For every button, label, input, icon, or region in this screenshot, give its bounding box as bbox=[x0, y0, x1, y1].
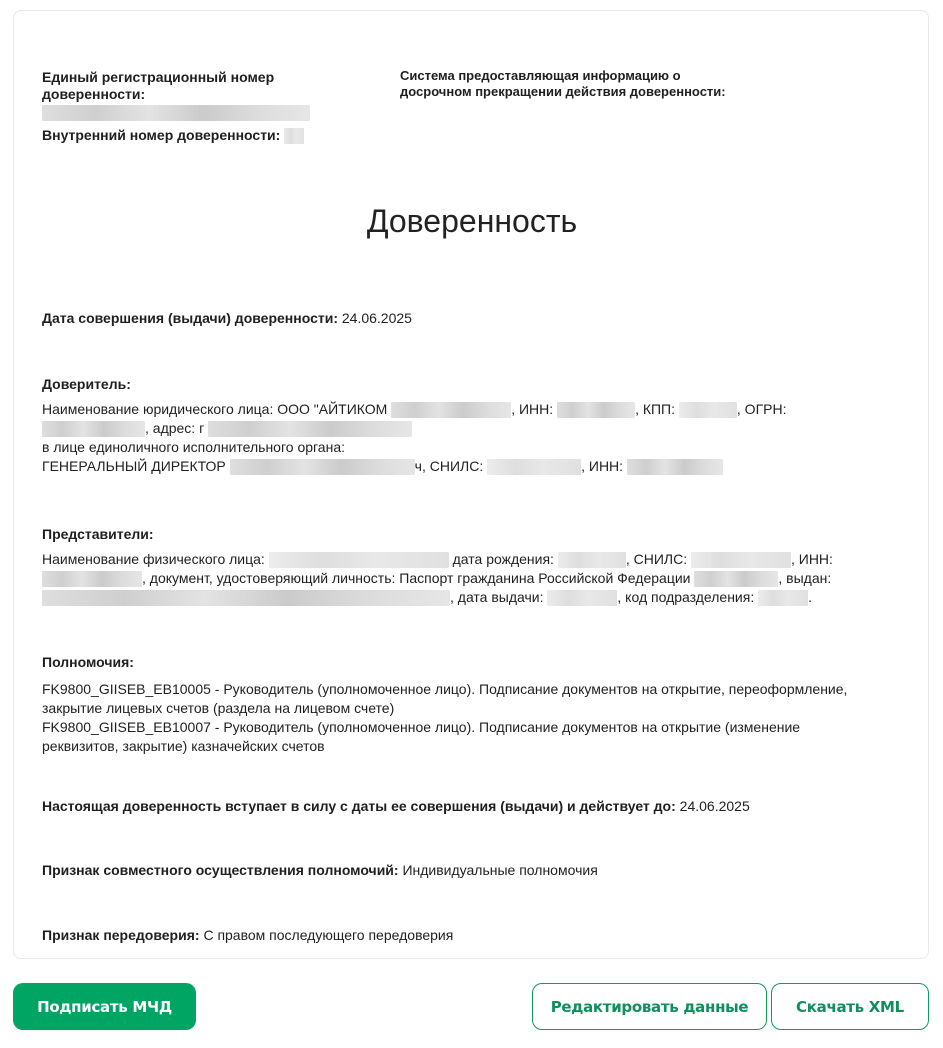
representatives-section: Представители: Наименование физического … bbox=[42, 525, 902, 607]
reg-number-label: Единый регистрационный номер доверенност… bbox=[42, 69, 342, 103]
person-name-redacted bbox=[269, 552, 449, 568]
joint-powers-label: Признак совместного осуществления полном… bbox=[42, 862, 399, 878]
person-name-label: Наименование физического лица: bbox=[42, 551, 265, 567]
org-name-redacted bbox=[391, 402, 511, 418]
division-code-label: , код подразделения: bbox=[617, 589, 754, 605]
registration-info: Единый регистрационный номер доверенност… bbox=[42, 69, 342, 144]
issued-by-redacted bbox=[42, 590, 450, 606]
redelegation-row: Признак передоверия: С правом последующе… bbox=[42, 926, 902, 945]
redelegation-value: С правом последующего передоверия bbox=[203, 927, 453, 943]
org-kpp-redacted bbox=[679, 402, 737, 418]
person-snils-label: , СНИЛС: bbox=[626, 551, 687, 567]
person-inn-label: , ИНН: bbox=[791, 551, 833, 567]
powers-title: Полномочия: bbox=[42, 653, 902, 672]
download-xml-button[interactable]: Скачать XML bbox=[771, 983, 929, 1030]
principal-section: Доверитель: Наименование юридического ли… bbox=[42, 375, 902, 476]
passport-date-redacted bbox=[547, 590, 617, 606]
director-label: ГЕНЕРАЛЬНЫЙ ДИРЕКТОР bbox=[42, 458, 226, 474]
power-item: FK9800_GIISEB_EB10005 - Руководитель (уп… bbox=[42, 680, 872, 718]
joint-powers-row: Признак совместного осуществления полном… bbox=[42, 861, 902, 880]
director-name-redacted bbox=[230, 459, 415, 475]
principal-body: Наименование юридического лица: ООО "АЙТ… bbox=[42, 400, 902, 476]
powers-list: FK9800_GIISEB_EB10005 - Руководитель (уп… bbox=[42, 680, 872, 756]
passport-number-redacted bbox=[694, 571, 778, 587]
sign-mchd-button[interactable]: Подписать МЧД bbox=[13, 983, 196, 1030]
inner-number-redacted bbox=[284, 128, 304, 144]
inner-number-row: Внутренний номер доверенности: bbox=[42, 127, 342, 144]
issued-by-label: , выдан: bbox=[778, 570, 831, 586]
identity-document-text: , документ, удостоверяющий личность: Пас… bbox=[142, 570, 690, 586]
org-inn-label: , ИНН: bbox=[511, 401, 553, 417]
director-inn-redacted bbox=[627, 459, 723, 475]
page-title: Доверенность bbox=[42, 201, 902, 241]
inner-number-label: Внутренний номер доверенности: bbox=[42, 127, 280, 143]
validity-row: Настоящая доверенность вступает в силу с… bbox=[42, 797, 902, 816]
reg-number-redacted bbox=[42, 105, 310, 121]
birth-date-redacted bbox=[558, 552, 626, 568]
document-card: Единый регистрационный номер доверенност… bbox=[13, 10, 929, 959]
issue-date-value: 24.06.2025 bbox=[342, 310, 412, 326]
person-inn-redacted bbox=[42, 571, 142, 587]
validity-label: Настоящая доверенность вступает в силу с… bbox=[42, 798, 676, 814]
representatives-title: Представители: bbox=[42, 525, 902, 544]
org-kpp-label: , КПП: bbox=[635, 401, 675, 417]
address-redacted bbox=[208, 421, 412, 437]
redelegation-label: Признак передоверия: bbox=[42, 927, 200, 943]
birth-date-label: дата рождения: bbox=[453, 551, 554, 567]
validity-date: 24.06.2025 bbox=[680, 798, 750, 814]
org-inn-redacted bbox=[557, 402, 635, 418]
org-name-label: Наименование юридического лица: bbox=[42, 401, 273, 417]
edit-data-button[interactable]: Редактировать данные bbox=[532, 983, 767, 1030]
org-name-value: ООО "АЙТИКОМ bbox=[277, 401, 387, 417]
issue-date-label: Дата совершения (выдачи) доверенности: bbox=[42, 310, 338, 326]
org-ogrn-redacted bbox=[42, 421, 145, 437]
director-snils-label: ч, СНИЛС: bbox=[415, 458, 484, 474]
executive-line: в лице единоличного исполнительного орга… bbox=[42, 439, 345, 455]
director-snils-redacted bbox=[487, 459, 581, 475]
passport-date-label: , дата выдачи: bbox=[450, 589, 544, 605]
power-item: FK9800_GIISEB_EB10007 - Руководитель (уп… bbox=[42, 718, 872, 756]
powers-section: Полномочия: FK9800_GIISEB_EB10005 - Руко… bbox=[42, 653, 902, 756]
sentence-end: . bbox=[808, 589, 812, 605]
joint-powers-value: Индивидуальные полномочия bbox=[402, 862, 597, 878]
org-ogrn-label: , ОГРН: bbox=[737, 401, 787, 417]
director-inn-label: , ИНН: bbox=[581, 458, 623, 474]
principal-title: Доверитель: bbox=[42, 375, 902, 394]
revocation-system-label: Система предоставляющая информацию о дос… bbox=[400, 68, 740, 100]
representatives-body: Наименование физического лица: дата рожд… bbox=[42, 550, 902, 607]
issue-date-row: Дата совершения (выдачи) доверенности: 2… bbox=[42, 309, 902, 328]
person-snils-redacted bbox=[691, 552, 791, 568]
address-label: , адрес: г bbox=[145, 420, 204, 436]
division-code-redacted bbox=[758, 590, 808, 606]
